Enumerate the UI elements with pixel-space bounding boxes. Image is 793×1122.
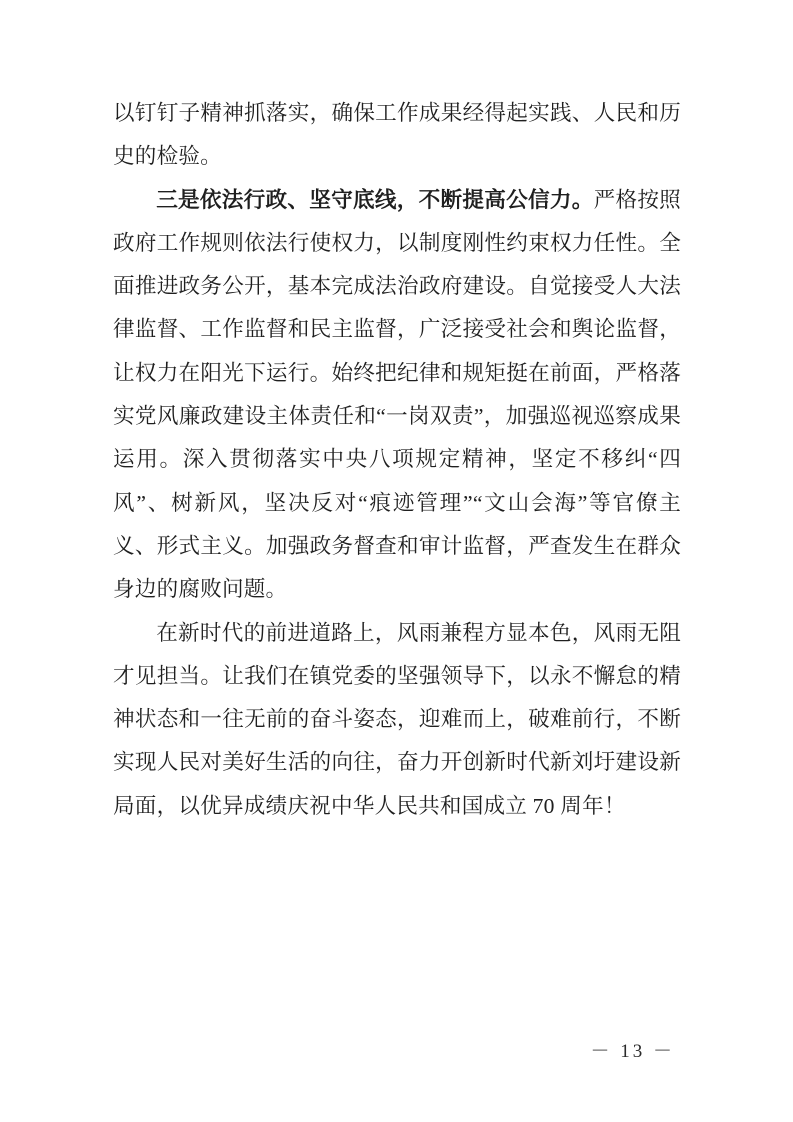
paragraph-section-three: 三是依法行政、坚守底线，不断提高公信力。严格按照政府工作规则依法行使权力，以制度… xyxy=(113,179,681,612)
document-page: 以钉钉子精神抓落实，确保工作成果经得起实践、人民和历史的检验。 三是依法行政、坚… xyxy=(0,0,793,1122)
paragraph-closing: 在新时代的前进道路上，风雨兼程方显本色，风雨无阻才见担当。让我们在镇党委的坚强领… xyxy=(113,612,681,828)
paragraph-text: 严格按照政府工作规则依法行使权力，以制度刚性约束权力任性。全面推进政务公开，基本… xyxy=(113,188,681,602)
paragraph-text: 以钉钉子精神抓落实，确保工作成果经得起实践、人民和历史的检验。 xyxy=(113,101,681,168)
page-footer: － 13 － xyxy=(590,1038,675,1066)
paragraph-lead-bold: 三是依法行政、坚守底线，不断提高公信力。 xyxy=(156,188,593,212)
document-body: 以钉钉子精神抓落实，确保工作成果经得起实践、人民和历史的检验。 三是依法行政、坚… xyxy=(113,92,681,828)
paragraph-text: 在新时代的前进道路上，风雨兼程方显本色，风雨无阻才见担当。让我们在镇党委的坚强领… xyxy=(113,621,681,818)
paragraph-continuation: 以钉钉子精神抓落实，确保工作成果经得起实践、人民和历史的检验。 xyxy=(113,92,681,179)
page-number: － 13 － xyxy=(590,1041,675,1062)
